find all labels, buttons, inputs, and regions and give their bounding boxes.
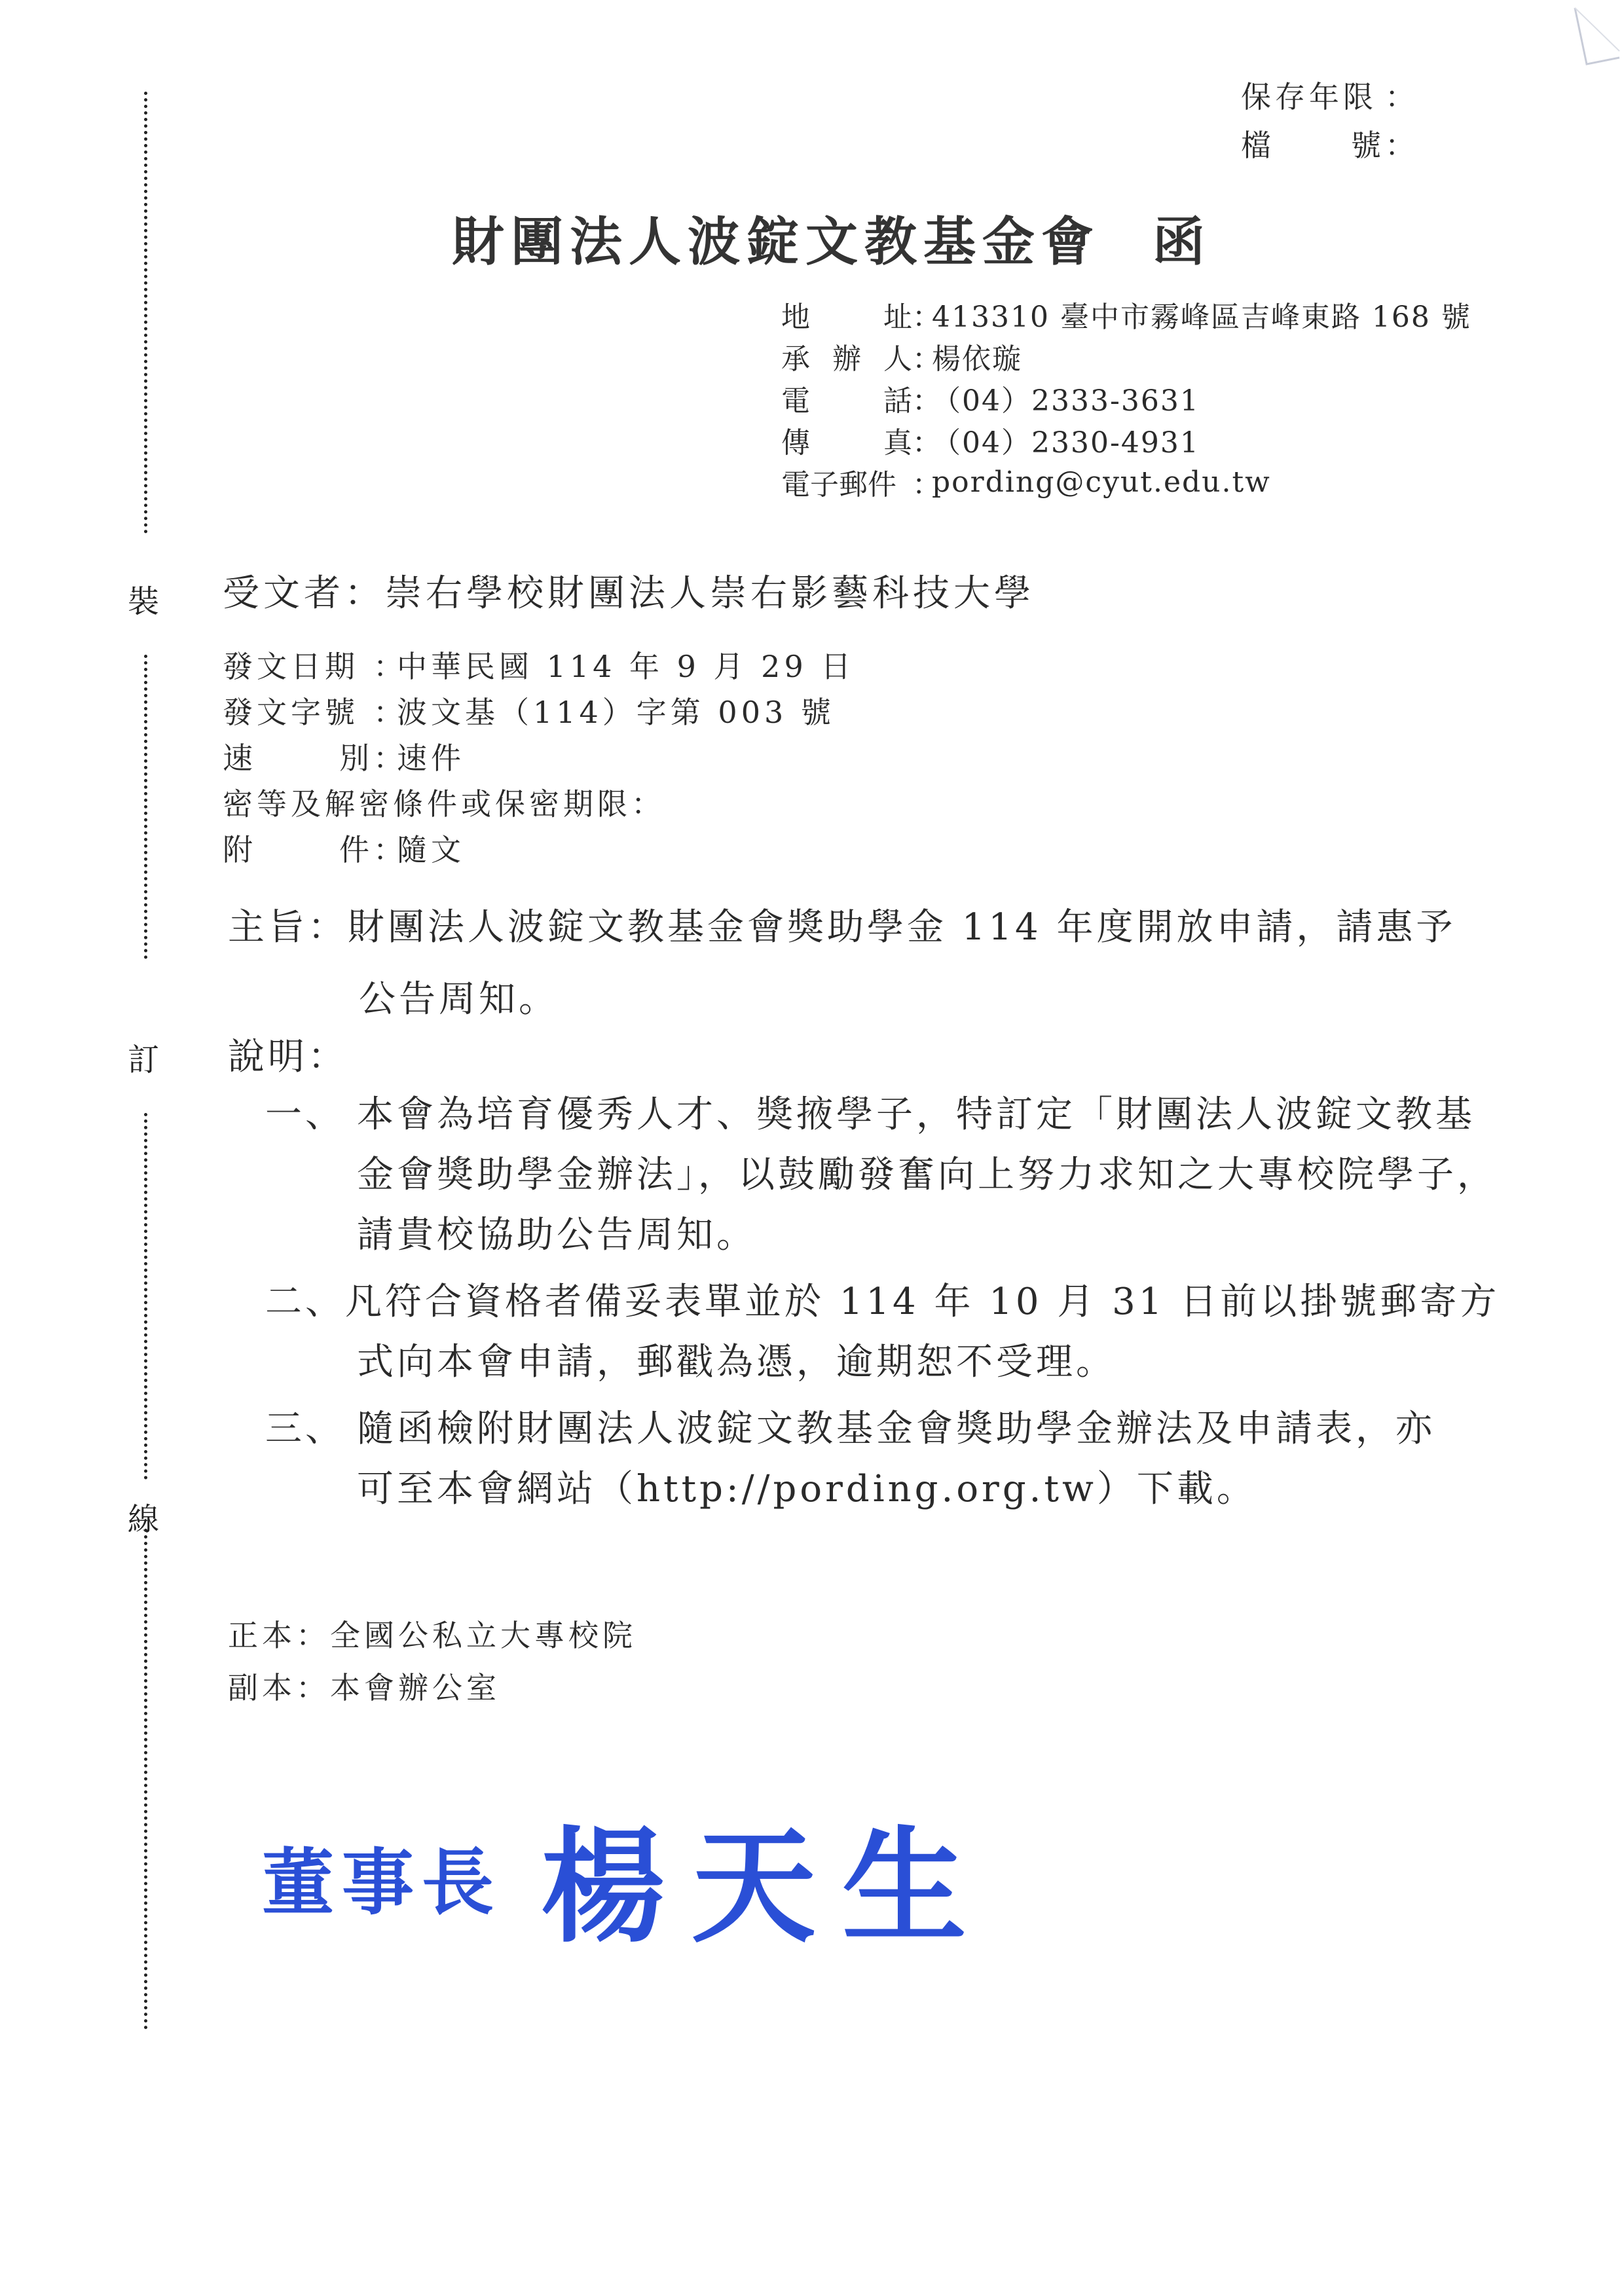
- recipient-colon: ：: [344, 572, 385, 615]
- item-text-line: 式向本會申請，郵戳為憑，逾期恕不受理。: [357, 1333, 1116, 1385]
- colon: ：: [912, 335, 932, 377]
- meta-row-urgency: 速別 ： 速件: [223, 733, 855, 779]
- fax-value: （04）2330-4931: [932, 419, 1200, 461]
- phone-label: 電話: [781, 377, 912, 419]
- colon: ：: [631, 780, 655, 824]
- contact-row-email: 電子郵件 ： pording@cyut.edu.tw: [781, 461, 1471, 503]
- explanation-item: 一、本會為培育優秀人才、獎掖學子，特訂定「財團法人波錠文教基 金會獎助學金辦法」…: [265, 1082, 1496, 1262]
- doc-number-value: 波文基（114）字第 003 號: [397, 689, 835, 732]
- item-text-line: 金會獎助學金辦法」，以鼓勵發奮向上努力求知之大專校院學子，: [357, 1146, 1497, 1198]
- subject-line-2: 公告周知。: [228, 970, 1492, 1023]
- contact-row-phone: 電話 ： （04）2333-3631: [781, 377, 1471, 419]
- distribution-block: 正本：全國公私立大專校院 副本：本會辦公室: [228, 1607, 637, 1712]
- signature-name: 楊天生: [541, 1787, 993, 1966]
- meta-row-doc-number: 發文字號 ： 波文基（114）字第 003 號: [223, 687, 855, 733]
- colon: ：: [912, 419, 932, 461]
- item-number: 三、: [265, 1400, 357, 1452]
- doc-number-label: 發文字號: [223, 689, 373, 732]
- file-number-row: 檔號 ：: [1241, 122, 1419, 170]
- page-corner-fold-icon: [1568, 7, 1621, 65]
- address-value: 413310 臺中市霧峰區吉峰東路 168 號: [932, 293, 1471, 335]
- explanation-list: 一、本會為培育優秀人才、獎掖學子，特訂定「財團法人波錠文教基 金會獎助學金辦法」…: [265, 1082, 1496, 1523]
- retention-period-colon: ：: [1385, 73, 1419, 122]
- document-meta-block: 發文日期 ： 中華民國 114 年 9 月 29 日 發文字號 ： 波文基（11…: [223, 642, 855, 871]
- carbon-copy-value: 本會辦公室: [330, 1664, 500, 1707]
- binding-line-segment: [144, 1113, 147, 1480]
- issue-date-value: 中華民國 114 年 9 月 29 日: [397, 643, 855, 686]
- carbon-copy-label: 副本：: [228, 1664, 330, 1707]
- subject-block: 主旨：財團法人波錠文教基金會獎助學金 114 年度開放申請，請惠予 公告周知。: [228, 898, 1492, 1023]
- handler-label: 承辦人: [781, 335, 912, 377]
- subject-line-1: 財團法人波錠文教基金會獎助學金 114 年度開放申請，請惠予: [348, 906, 1456, 949]
- address-label: 地址: [781, 293, 912, 335]
- email-label: 電子郵件: [781, 461, 912, 503]
- item-text-line: 可至本會網站（http://pording.org.tw）下載。: [357, 1460, 1257, 1512]
- colon: ：: [373, 826, 397, 869]
- fax-label: 傳真: [781, 419, 912, 461]
- item-text-line: 凡符合資格者備妥表單並於 114 年 10 月 31 日前以掛號郵寄方: [345, 1273, 1500, 1325]
- binding-line-segment: [144, 655, 147, 959]
- file-number-label: 檔號: [1241, 122, 1385, 170]
- retention-period-label: 保存年限: [1241, 73, 1385, 122]
- original-copy-row: 正本：全國公私立大專校院: [228, 1607, 637, 1660]
- attachment-value: 隨文: [397, 826, 465, 869]
- file-number-colon: ：: [1385, 122, 1419, 170]
- original-copy-value: 全國公私立大專校院: [330, 1612, 637, 1655]
- file-number-label-char1: 檔: [1241, 122, 1275, 170]
- contact-row-address: 地址 ： 413310 臺中市霧峰區吉峰東路 168 號: [781, 293, 1471, 335]
- urgency-value: 速件: [397, 735, 465, 778]
- binding-mark-zhuang: 裝: [128, 576, 159, 621]
- signature-title: 董事長: [262, 1825, 502, 1929]
- document-type: 函: [1153, 211, 1211, 272]
- recipient-value: 崇右學校財團法人崇右影藝科技大學: [385, 572, 1035, 615]
- meta-row-date: 發文日期 ： 中華民國 114 年 9 月 29 日: [223, 642, 855, 687]
- retention-block: 保存年限 ： 檔號 ：: [1241, 73, 1419, 170]
- meta-row-confidentiality: 密等及解密條件或保密期限 ：: [223, 779, 855, 825]
- item-text-line: 請貴校協助公告周知。: [357, 1206, 756, 1258]
- item-text-line: 隨函檢附財團法人波錠文教基金會獎助學金辦法及申請表，亦: [357, 1400, 1435, 1452]
- file-number-label-char2: 號: [1351, 122, 1385, 170]
- colon: ：: [373, 643, 397, 686]
- attachment-label: 附件: [223, 826, 373, 869]
- item-text-line: 本會為培育優秀人才、獎掖學子，特訂定「財團法人波錠文教基: [357, 1085, 1475, 1138]
- original-copy-label: 正本：: [228, 1612, 330, 1655]
- retention-period-row: 保存年限 ：: [1241, 73, 1419, 122]
- organization-name: 財團法人波錠文教基金會: [452, 211, 1100, 272]
- contact-row-fax: 傳真 ： （04）2330-4931: [781, 419, 1471, 461]
- colon: ：: [912, 293, 932, 335]
- item-number: 一、: [265, 1085, 357, 1138]
- issue-date-label: 發文日期: [223, 643, 373, 686]
- explanation-heading: 說明：: [228, 1028, 348, 1080]
- chairman-signature-seal: 董事長 楊天生: [262, 1787, 993, 1966]
- colon: ：: [373, 735, 397, 778]
- subject-label: 主旨：: [228, 906, 348, 949]
- explanation-item: 三、隨函檢附財團法人波錠文教基金會獎助學金辦法及申請表，亦 可至本會網站（htt…: [265, 1396, 1496, 1516]
- colon: ：: [373, 689, 397, 732]
- recipient-line: 受文者：崇右學校財團法人崇右影藝科技大學: [223, 564, 1035, 617]
- explanation-item: 二、凡符合資格者備妥表單並於 114 年 10 月 31 日前以掛號郵寄方 式向…: [265, 1269, 1496, 1389]
- meta-row-attachment: 附件 ： 隨文: [223, 825, 855, 871]
- binding-mark-xian: 線: [128, 1494, 159, 1539]
- binding-line-segment: [144, 1529, 147, 2030]
- page-title: 財團法人波錠文教基金會函: [452, 200, 1211, 275]
- phone-value: （04）2333-3631: [932, 377, 1200, 419]
- recipient-label: 受文者: [223, 572, 344, 615]
- contact-block: 地址 ： 413310 臺中市霧峰區吉峰東路 168 號 承辦人 ： 楊依璇 電…: [781, 293, 1471, 503]
- binding-mark-ding: 訂: [128, 1034, 159, 1080]
- urgency-label: 速別: [223, 735, 373, 778]
- colon: ：: [912, 461, 932, 503]
- colon: ：: [912, 377, 932, 419]
- confidentiality-label: 密等及解密條件或保密期限: [223, 780, 631, 824]
- handler-value: 楊依璇: [932, 335, 1022, 377]
- email-value[interactable]: pording@cyut.edu.tw: [932, 465, 1271, 499]
- item-number: 二、: [265, 1273, 345, 1325]
- carbon-copy-row: 副本：本會辦公室: [228, 1660, 637, 1712]
- binding-line-segment: [144, 92, 147, 534]
- contact-row-handler: 承辦人 ： 楊依璇: [781, 335, 1471, 377]
